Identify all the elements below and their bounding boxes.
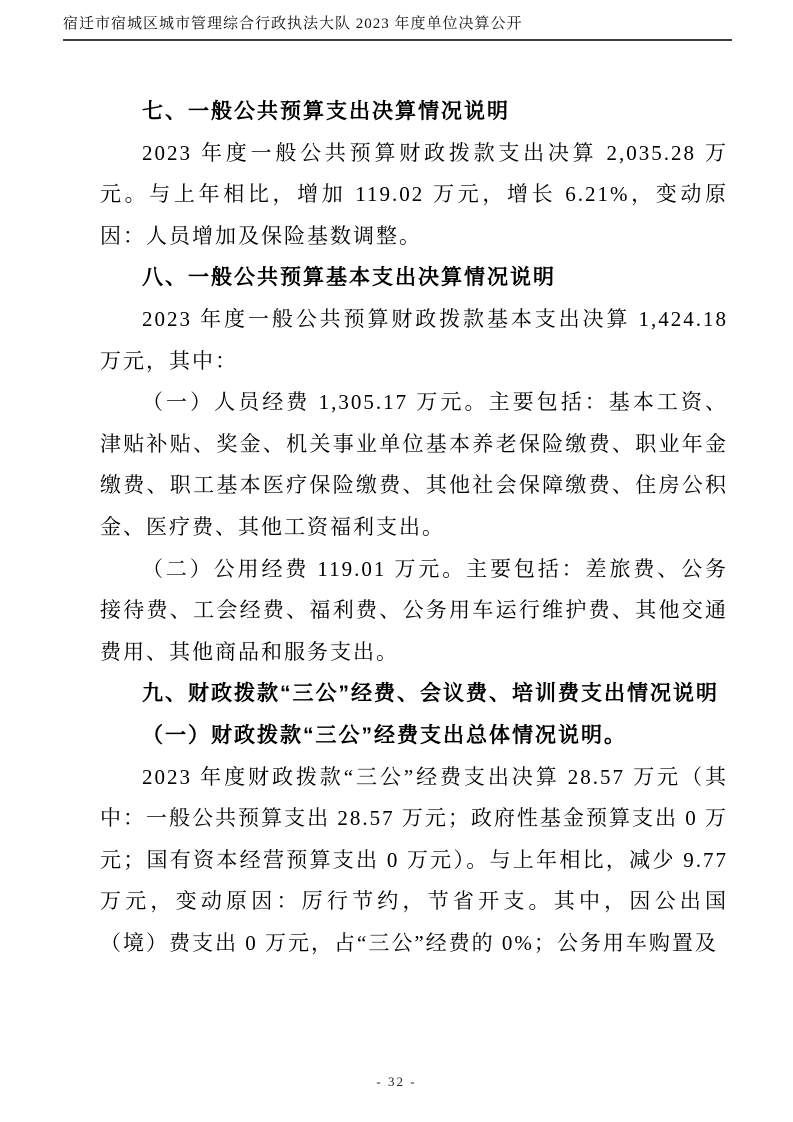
paragraph-section7-body: 2023 年度一般公共预算财政拨款支出决算 2,035.28 万元。与上年相比，…	[100, 133, 728, 258]
paragraph-section8-intro: 2023 年度一般公共预算财政拨款基本支出决算 1,424.18 万元，其中：	[100, 299, 728, 382]
section-heading-7: 七、一般公共预算支出决算情况说明	[100, 91, 728, 133]
section-heading-9: 九、财政拨款“三公”经费、会议费、培训费支出情况说明	[100, 673, 728, 715]
page-header: 宿迁市宿城区城市管理综合行政执法大队 2023 年度单位决算公开	[63, 12, 732, 33]
header-title: 宿迁市宿城区城市管理综合行政执法大队 2023 年度单位决算公开	[63, 12, 732, 33]
page-number: - 32 -	[376, 1074, 416, 1089]
header-divider	[63, 39, 732, 41]
subsection-heading-9-1: （一）财政拨款“三公”经费支出总体情况说明。	[100, 715, 728, 757]
paragraph-public-expense: （二）公用经费 119.01 万元。主要包括：差旅费、公务接待费、工会经费、福利…	[100, 549, 728, 674]
page-footer: - 32 -	[0, 1074, 793, 1090]
paragraph-personnel-expense: （一）人员经费 1,305.17 万元。主要包括：基本工资、津贴补贴、奖金、机关…	[100, 382, 728, 548]
document-body: 七、一般公共预算支出决算情况说明 2023 年度一般公共预算财政拨款支出决算 2…	[100, 91, 728, 964]
paragraph-three-public-funds: 2023 年度财政拨款“三公”经费支出决算 28.57 万元（其中：一般公共预算…	[100, 757, 728, 965]
document-page: 宿迁市宿城区城市管理综合行政执法大队 2023 年度单位决算公开 七、一般公共预…	[0, 0, 793, 1122]
section-heading-8: 八、一般公共预算基本支出决算情况说明	[100, 257, 728, 299]
